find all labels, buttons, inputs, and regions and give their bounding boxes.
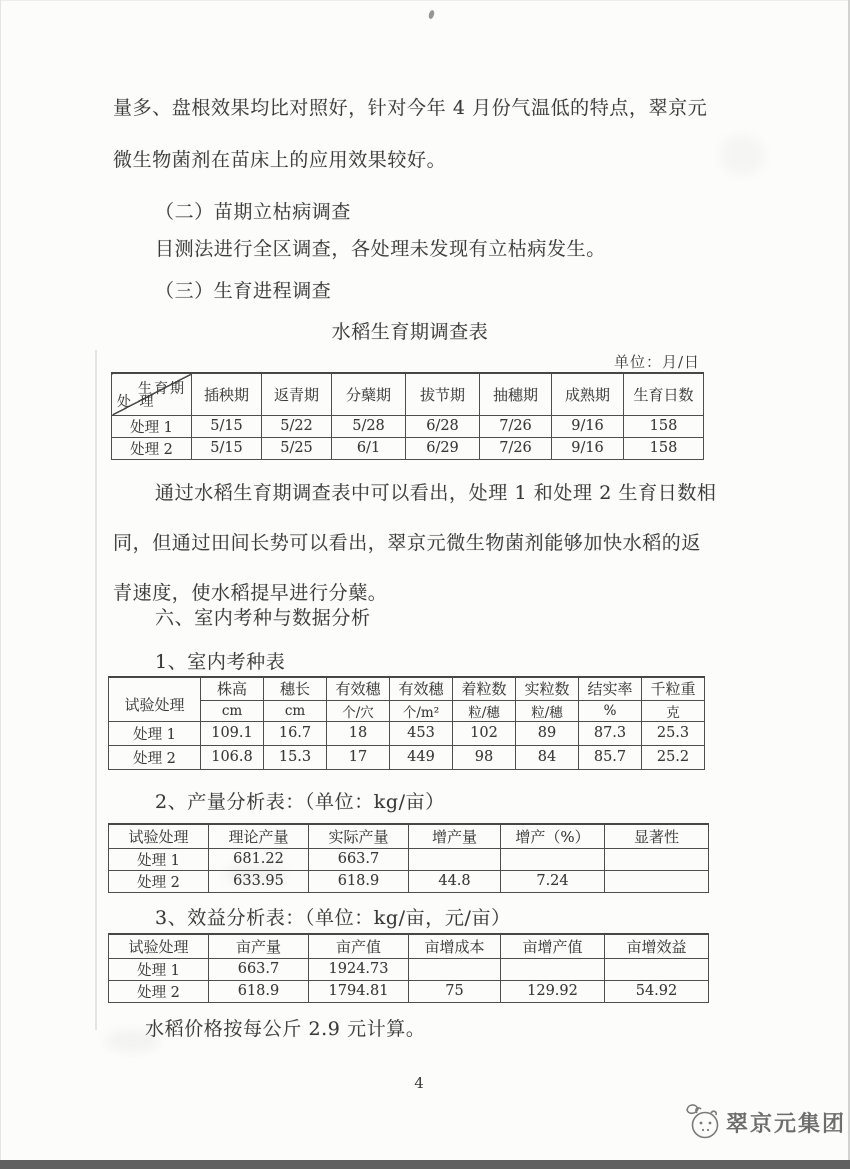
data-cell: 681.22 bbox=[209, 848, 309, 870]
data-cell: 106.8 bbox=[201, 745, 264, 769]
data-cell: 84 bbox=[516, 745, 579, 769]
data-cell bbox=[605, 958, 709, 980]
data-cell bbox=[605, 848, 709, 870]
data-cell: 1924.73 bbox=[309, 958, 409, 980]
unit-cell: 个/穴 bbox=[327, 700, 390, 721]
data-cell: 129.92 bbox=[501, 980, 605, 1002]
data-cell: 16.7 bbox=[264, 721, 327, 745]
data-cell: 44.8 bbox=[409, 870, 501, 892]
data-cell bbox=[409, 848, 501, 870]
header-cell: 拔节期 bbox=[406, 373, 480, 415]
data-cell: 5/15 bbox=[192, 437, 262, 459]
data-cell: 5/15 bbox=[192, 415, 262, 437]
header-cell: 试验处理 bbox=[109, 934, 209, 958]
data-cell: 6/28 bbox=[406, 415, 480, 437]
paragraph-line: 青速度，使水稻提早进行分蘖。 bbox=[113, 578, 387, 605]
unit-cell: 粒/穗 bbox=[516, 700, 579, 721]
data-cell: 5/22 bbox=[262, 415, 332, 437]
section-heading-3: （三）生育进程调查 bbox=[155, 276, 331, 303]
data-cell: 85.7 bbox=[579, 745, 642, 769]
header-cell: 插秧期 bbox=[192, 373, 262, 415]
scanned-report-page: 量多、盘根效果均比对照好，针对今年 4 月份气温低的特点，翠京元 微生物菌剂在苗… bbox=[0, 0, 850, 1169]
header-cell: 显著性 bbox=[605, 824, 709, 848]
row-label-cell: 处理 1 bbox=[109, 848, 209, 870]
subheading-3: 3、效益分析表：（单位：kg/亩，元/亩） bbox=[155, 903, 511, 930]
data-cell: 5/28 bbox=[332, 415, 406, 437]
row-label-cell: 处理 1 bbox=[109, 958, 209, 980]
row-label-cell: 处理 2 bbox=[109, 745, 201, 769]
header-cell: 增产量 bbox=[409, 824, 501, 848]
data-cell: 9/16 bbox=[552, 437, 624, 459]
data-cell: 9/16 bbox=[552, 415, 624, 437]
unit-cell: 粒/穗 bbox=[453, 700, 516, 721]
data-cell: 6/29 bbox=[406, 437, 480, 459]
section-heading-2: （二）苗期立枯病调查 bbox=[155, 197, 351, 224]
data-cell: 449 bbox=[390, 745, 453, 769]
header-cell: 增产（%） bbox=[501, 824, 605, 848]
data-cell: 98 bbox=[453, 745, 516, 769]
header-cell: 返青期 bbox=[262, 373, 332, 415]
scan-smudge bbox=[720, 135, 765, 175]
data-cell: 7.24 bbox=[501, 870, 605, 892]
header-cell: 千粒重 bbox=[642, 677, 705, 700]
row-label-cell: 处理 2 bbox=[109, 980, 209, 1002]
row-label-cell: 处理 1 bbox=[112, 415, 192, 437]
price-note: 水稻价格按每公斤 2.9 元计算。 bbox=[145, 1014, 426, 1041]
row-label-cell: 处理 2 bbox=[109, 870, 209, 892]
data-cell: 618.9 bbox=[309, 870, 409, 892]
header-cell: 着粒数 bbox=[453, 677, 516, 700]
row-label-cell: 处理 2 bbox=[112, 437, 192, 459]
paragraph-line: 微生物菌剂在苗床上的应用效果较好。 bbox=[113, 145, 446, 172]
unit-cell: 克 bbox=[642, 700, 705, 721]
data-cell: 1794.81 bbox=[309, 980, 409, 1002]
data-cell: 6/1 bbox=[332, 437, 406, 459]
scan-edge-top bbox=[0, 0, 850, 1]
header-cell: 亩增产值 bbox=[501, 934, 605, 958]
header-cell: 试验处理 bbox=[109, 824, 209, 848]
data-cell: 7/26 bbox=[480, 437, 552, 459]
data-cell: 158 bbox=[624, 437, 704, 459]
unit-cell: cm bbox=[264, 700, 327, 721]
paragraph-line: 通过水稻生育期调查表中可以看出，处理 1 和处理 2 生育日数相 bbox=[155, 478, 717, 505]
data-cell bbox=[501, 848, 605, 870]
section-heading-6: 六、室内考种与数据分析 bbox=[155, 603, 371, 630]
bottom-scan-bar bbox=[0, 1160, 850, 1169]
data-cell: 5/25 bbox=[262, 437, 332, 459]
indoor-examination-table: 试验处理株高穗长有效穗有效穗着粒数实粒数结实率千粒重cmcm个/穴个/m²粒/穗… bbox=[108, 676, 705, 770]
paragraph-line: 目测法进行全区调查，各处理未发现有立枯病发生。 bbox=[155, 234, 606, 261]
data-cell: 87.3 bbox=[579, 721, 642, 745]
brand-footer: 翠京元集团 bbox=[684, 1101, 846, 1143]
left-crease-line bbox=[95, 350, 97, 1030]
data-cell bbox=[501, 958, 605, 980]
scan-edge-left bbox=[0, 0, 1, 1169]
unit-cell: % bbox=[579, 700, 642, 721]
subheading-2: 2、产量分析表：（单位：kg/亩） bbox=[155, 787, 445, 814]
scan-speck bbox=[428, 9, 436, 19]
data-cell: 75 bbox=[409, 980, 501, 1002]
data-cell: 663.7 bbox=[309, 848, 409, 870]
data-cell: 15.3 bbox=[264, 745, 327, 769]
table1-title: 水稻生育期调查表 bbox=[110, 317, 710, 344]
header-cell: 株高 bbox=[201, 677, 264, 700]
benefit-analysis-table: 试验处理亩产量亩产值亩增成本亩增产值亩增效益处理 1663.71924.73处理… bbox=[108, 933, 709, 1003]
header-cell: 分蘖期 bbox=[332, 373, 406, 415]
header-cell: 抽穗期 bbox=[480, 373, 552, 415]
header-cell: 有效穗 bbox=[390, 677, 453, 700]
paragraph-line: 同，但通过田间长势可以看出，翠京元微生物菌剂能够加快水稻的返 bbox=[113, 528, 701, 555]
data-cell: 17 bbox=[327, 745, 390, 769]
data-cell: 89 bbox=[516, 721, 579, 745]
unit-cell: 个/m² bbox=[390, 700, 453, 721]
data-cell: 7/26 bbox=[480, 415, 552, 437]
cow-logo-icon bbox=[684, 1101, 722, 1143]
corner-label-bottom: 处 理 bbox=[117, 391, 155, 411]
row-header-cell: 试验处理 bbox=[109, 677, 201, 721]
header-cell: 亩增效益 bbox=[605, 934, 709, 958]
yield-analysis-table: 试验处理理论产量实际产量增产量增产（%）显著性处理 1681.22663.7处理… bbox=[108, 823, 709, 893]
header-cell: 实粒数 bbox=[516, 677, 579, 700]
data-cell: 102 bbox=[453, 721, 516, 745]
rice-growth-period-table: 生育期处 理插秧期返青期分蘖期拔节期抽穗期成熟期生育日数处理 15/155/22… bbox=[111, 372, 704, 460]
data-cell: 54.92 bbox=[605, 980, 709, 1002]
data-cell: 158 bbox=[624, 415, 704, 437]
data-cell: 618.9 bbox=[209, 980, 309, 1002]
header-cell: 亩产量 bbox=[209, 934, 309, 958]
brand-name: 翠京元集团 bbox=[726, 1107, 846, 1138]
subheading-1: 1、室内考种表 bbox=[155, 647, 285, 674]
diagonal-header-cell: 生育期处 理 bbox=[112, 373, 192, 415]
page-number: 4 bbox=[0, 1074, 838, 1092]
data-cell bbox=[409, 958, 501, 980]
unit-cell: cm bbox=[201, 700, 264, 721]
header-cell: 有效穗 bbox=[327, 677, 390, 700]
table1-unit-label: 单位：月/日 bbox=[500, 351, 700, 372]
data-cell: 453 bbox=[390, 721, 453, 745]
data-cell: 18 bbox=[327, 721, 390, 745]
row-label-cell: 处理 1 bbox=[109, 721, 201, 745]
data-cell: 25.2 bbox=[642, 745, 705, 769]
header-cell: 理论产量 bbox=[209, 824, 309, 848]
data-cell: 109.1 bbox=[201, 721, 264, 745]
header-cell: 亩产值 bbox=[309, 934, 409, 958]
header-cell: 生育日数 bbox=[624, 373, 704, 415]
data-cell: 633.95 bbox=[209, 870, 309, 892]
header-cell: 亩增成本 bbox=[409, 934, 501, 958]
header-cell: 成熟期 bbox=[552, 373, 624, 415]
header-cell: 穗长 bbox=[264, 677, 327, 700]
data-cell: 25.3 bbox=[642, 721, 705, 745]
data-cell bbox=[605, 870, 709, 892]
header-cell: 结实率 bbox=[579, 677, 642, 700]
paragraph-line: 量多、盘根效果均比对照好，针对今年 4 月份气温低的特点，翠京元 bbox=[113, 93, 707, 120]
header-cell: 实际产量 bbox=[309, 824, 409, 848]
data-cell: 663.7 bbox=[209, 958, 309, 980]
